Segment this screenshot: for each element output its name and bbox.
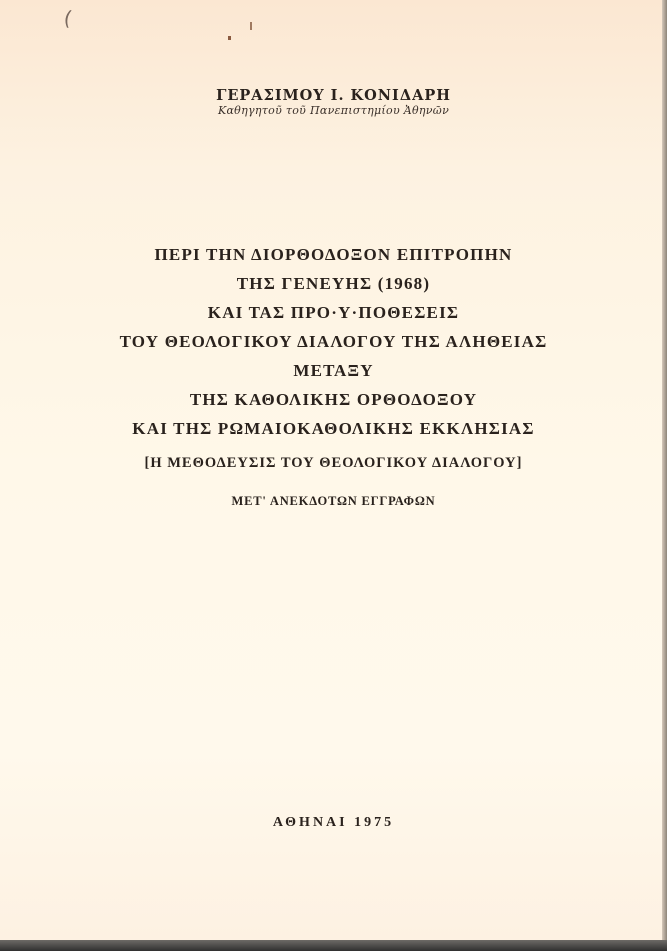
scanner-bed-edge (0, 940, 667, 951)
title-line: ΤΗΣ ΓΕΝΕΥΗΣ (1968) (0, 269, 667, 298)
title-line: ΜΕΤΑΞΥ (0, 356, 667, 385)
documents-note: ΜΕΤ' ΑΝΕΚΔΟΤΩΝ ΕΓΓΡΑΦΩΝ (0, 494, 667, 509)
stain-mark (250, 22, 252, 30)
title-line: ΚΑΙ ΤΗΣ ΡΩΜΑΙΟΚΑΘΟΛΙΚΗΣ ΕΚΚΛΗΣΙΑΣ (0, 414, 667, 443)
book-subtitle: [Η ΜΕΘΟΔΕΥΣΙΣ ΤΟΥ ΘΕΟΛΟΓΙΚΟΥ ΔΙΑΛΟΓΟΥ] (0, 455, 667, 472)
pencil-mark: ( (62, 6, 74, 31)
title-line: ΚΑΙ ΤΑΣ ΠΡΟ·Υ·ΠΟΘΕΣΕΙΣ (0, 298, 667, 327)
stain-mark (228, 36, 231, 40)
book-title: ΠΕΡΙ ΤΗΝ ΔΙΟΡΘΟΔΟΞΟΝ ΕΠΙΤΡΟΠΗΝ ΤΗΣ ΓΕΝΕΥ… (0, 240, 667, 443)
author-affiliation: Καθηγητοῦ τοῦ Πανεπιστημίου Ἀθηνῶν (0, 104, 667, 117)
title-line: ΠΕΡΙ ΤΗΝ ΔΙΟΡΘΟΔΟΞΟΝ ΕΠΙΤΡΟΠΗΝ (0, 240, 667, 269)
book-cover-page: ( ΓΕΡΑΣΙΜΟΥ Ι. ΚΟΝΙΔΑΡΗ Καθηγητοῦ τοῦ Πα… (0, 0, 663, 942)
title-line: ΤΟΥ ΘΕΟΛΟΓΙΚΟΥ ΔΙΑΛΟΓΟΥ ΤΗΣ ΑΛΗΘΕΙΑΣ (0, 327, 667, 356)
page-edge-shadow (662, 0, 667, 951)
title-line: ΤΗΣ ΚΑΘΟΛΙΚΗΣ ΟΡΘΟΔΟΞΟΥ (0, 385, 667, 414)
imprint: ΑΘΗΝΑΙ 1975 (0, 815, 667, 831)
author-name: ΓΕΡΑΣΙΜΟΥ Ι. ΚΟΝΙΔΑΡΗ (0, 87, 667, 104)
